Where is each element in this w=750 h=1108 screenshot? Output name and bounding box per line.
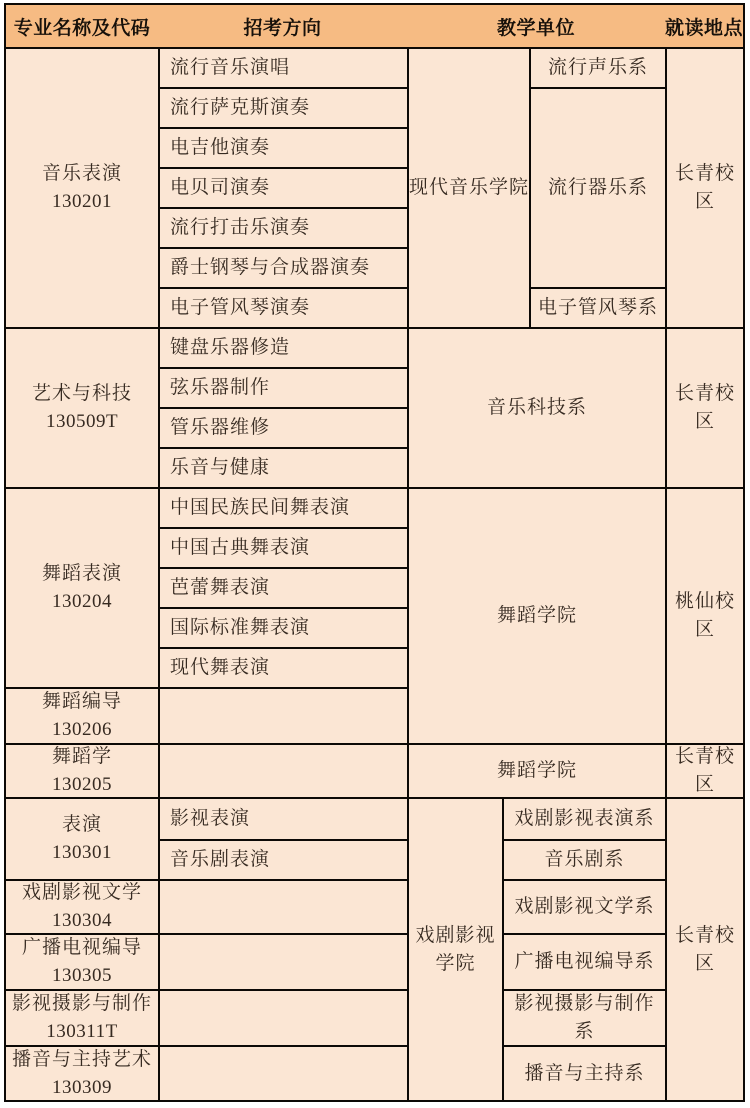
department-cell: 影视摄影与制作系 — [504, 989, 665, 1045]
column-major: 艺术与科技 130509T — [6, 329, 158, 487]
direction-cell-empty — [160, 1045, 407, 1100]
direction-cell: 电子管风琴演奏 — [160, 287, 407, 327]
major-name: 表演 — [62, 811, 102, 839]
unit-college-subcolumn: 戏剧影视学院 — [409, 799, 502, 1100]
department-cell: 流行器乐系 — [531, 87, 665, 287]
header-cell-location: 就读地点 — [665, 5, 743, 47]
major-cell: 舞蹈学 130205 — [6, 745, 158, 797]
column-location: 桃仙校区 — [665, 489, 743, 743]
direction-cell-empty — [160, 687, 407, 743]
column-location: 长青校区 — [665, 49, 743, 327]
column-direction: 影视表演 音乐剧表演 — [158, 799, 407, 1100]
direction-cell: 中国古典舞表演 — [160, 527, 407, 567]
major-cell: 广播电视编导 130305 — [6, 933, 158, 989]
unit-cell: 舞蹈学院 — [409, 489, 665, 743]
section-dance-performance-choreography: 舞蹈表演 130204 舞蹈编导 130206 中国民族民间舞表演 中国古典舞表… — [6, 487, 743, 743]
major-name: 音乐表演 — [42, 160, 122, 188]
section-music-performance: 音乐表演 130201 流行音乐演唱 流行萨克斯演奏 电吉他演奏 电贝司演奏 流… — [6, 47, 743, 327]
major-code: 130205 — [52, 771, 112, 797]
major-code: 130204 — [52, 588, 112, 616]
column-location: 长青校区 — [665, 329, 743, 487]
admissions-table: 专业名称及代码 招考方向 教学单位 就读地点 音乐表演 130201 流行音乐演… — [4, 3, 745, 1102]
major-cell: 播音与主持艺术 130309 — [6, 1045, 158, 1100]
department-cell: 音乐剧系 — [504, 839, 665, 879]
major-name: 戏剧影视文学 — [22, 879, 142, 907]
major-name: 艺术与科技 — [32, 380, 132, 408]
department-cell: 戏剧影视文学系 — [504, 879, 665, 933]
column-major: 音乐表演 130201 — [6, 49, 158, 327]
major-code: 130311T — [46, 1018, 117, 1045]
column-location: 长青校区 — [665, 745, 743, 797]
direction-cell: 影视表演 — [160, 799, 407, 839]
column-unit: 舞蹈学院 — [407, 745, 665, 797]
unit-department-subcolumn: 戏剧影视表演系 音乐剧系 戏剧影视文学系 广播电视编导系 影视摄影与制作系 播音… — [502, 799, 665, 1100]
location-cell: 长青校区 — [667, 329, 743, 487]
section-drama-film-tv: 表演 130301 戏剧影视文学 130304 广播电视编导 130305 影视… — [6, 797, 743, 1100]
direction-cell: 电吉他演奏 — [160, 127, 407, 167]
major-code: 130309 — [52, 1074, 112, 1101]
direction-cell-empty — [160, 745, 407, 797]
major-cell: 影视摄影与制作 130311T — [6, 989, 158, 1045]
unit-cell: 舞蹈学院 — [409, 745, 665, 797]
department-cell: 戏剧影视表演系 — [504, 799, 665, 839]
major-cell: 舞蹈编导 130206 — [6, 687, 158, 743]
unit-college-subcolumn: 现代音乐学院 — [409, 49, 529, 327]
direction-cell: 管乐器维修 — [160, 407, 407, 447]
major-code: 130509T — [46, 408, 118, 436]
direction-cell-empty — [160, 933, 407, 989]
column-major: 表演 130301 戏剧影视文学 130304 广播电视编导 130305 影视… — [6, 799, 158, 1100]
column-unit: 音乐科技系 — [407, 329, 665, 487]
direction-cell: 芭蕾舞表演 — [160, 567, 407, 607]
direction-cell: 流行萨克斯演奏 — [160, 87, 407, 127]
major-code: 130301 — [52, 839, 112, 867]
direction-cell: 国际标准舞表演 — [160, 607, 407, 647]
department-cell: 流行声乐系 — [531, 49, 665, 87]
unit-cell: 音乐科技系 — [409, 329, 665, 487]
direction-cell: 电贝司演奏 — [160, 167, 407, 207]
direction-cell-empty — [160, 879, 407, 933]
direction-cell: 弦乐器制作 — [160, 367, 407, 407]
header-cell-unit: 教学单位 — [407, 5, 665, 47]
header-cell-direction: 招考方向 — [158, 5, 407, 47]
column-direction: 中国民族民间舞表演 中国古典舞表演 芭蕾舞表演 国际标准舞表演 现代舞表演 — [158, 489, 407, 743]
location-cell: 长青校区 — [667, 745, 743, 797]
section-dance-studies: 舞蹈学 130205 舞蹈学院 长青校区 — [6, 743, 743, 797]
location-cell: 桃仙校区 — [667, 489, 743, 743]
column-unit: 戏剧影视学院 戏剧影视表演系 音乐剧系 戏剧影视文学系 广播电视编导系 影视摄影… — [407, 799, 665, 1100]
direction-cell-empty — [160, 989, 407, 1045]
column-major: 舞蹈学 130205 — [6, 745, 158, 797]
column-major: 舞蹈表演 130204 舞蹈编导 130206 — [6, 489, 158, 743]
major-cell: 戏剧影视文学 130304 — [6, 879, 158, 933]
major-name: 影视摄影与制作 — [12, 990, 152, 1018]
column-unit: 现代音乐学院 流行声乐系 流行器乐系 电子管风琴系 — [407, 49, 665, 327]
major-cell: 音乐表演 130201 — [6, 49, 158, 327]
major-code: 130305 — [52, 962, 112, 989]
direction-cell: 音乐剧表演 — [160, 839, 407, 879]
major-name: 舞蹈表演 — [42, 560, 122, 588]
major-cell: 舞蹈表演 130204 — [6, 489, 158, 687]
column-location: 长青校区 — [665, 799, 743, 1100]
location-cell: 长青校区 — [667, 799, 743, 1100]
direction-cell: 爵士钢琴与合成器演奏 — [160, 247, 407, 287]
column-direction: 键盘乐器修造 弦乐器制作 管乐器维修 乐音与健康 — [158, 329, 407, 487]
direction-cell: 流行音乐演唱 — [160, 49, 407, 87]
major-cell: 艺术与科技 130509T — [6, 329, 158, 487]
unit-department-subcolumn: 流行声乐系 流行器乐系 电子管风琴系 — [529, 49, 665, 327]
major-code: 130206 — [52, 716, 112, 743]
header-cell-major: 专业名称及代码 — [6, 5, 158, 47]
major-cell: 表演 130301 — [6, 799, 158, 879]
direction-cell: 乐音与健康 — [160, 447, 407, 487]
direction-cell: 现代舞表演 — [160, 647, 407, 687]
major-name: 广播电视编导 — [22, 934, 142, 962]
department-cell: 播音与主持系 — [504, 1045, 665, 1100]
section-art-and-technology: 艺术与科技 130509T 键盘乐器修造 弦乐器制作 管乐器维修 乐音与健康 音… — [6, 327, 743, 487]
major-code: 130304 — [52, 907, 112, 933]
table-header-row: 专业名称及代码 招考方向 教学单位 就读地点 — [6, 5, 743, 47]
direction-cell: 流行打击乐演奏 — [160, 207, 407, 247]
location-cell: 长青校区 — [667, 49, 743, 327]
major-name: 舞蹈学 — [52, 745, 112, 771]
column-direction: 流行音乐演唱 流行萨克斯演奏 电吉他演奏 电贝司演奏 流行打击乐演奏 爵士钢琴与… — [158, 49, 407, 327]
direction-cell: 中国民族民间舞表演 — [160, 489, 407, 527]
column-direction — [158, 745, 407, 797]
college-cell: 戏剧影视学院 — [409, 799, 502, 1100]
major-name: 舞蹈编导 — [42, 688, 122, 716]
page: 专业名称及代码 招考方向 教学单位 就读地点 音乐表演 130201 流行音乐演… — [0, 0, 750, 1108]
major-name: 播音与主持艺术 — [12, 1046, 152, 1074]
major-code: 130201 — [52, 188, 112, 216]
department-cell: 广播电视编导系 — [504, 933, 665, 989]
college-cell: 现代音乐学院 — [409, 49, 529, 327]
direction-cell: 键盘乐器修造 — [160, 329, 407, 367]
column-unit: 舞蹈学院 — [407, 489, 665, 743]
department-cell: 电子管风琴系 — [531, 287, 665, 327]
